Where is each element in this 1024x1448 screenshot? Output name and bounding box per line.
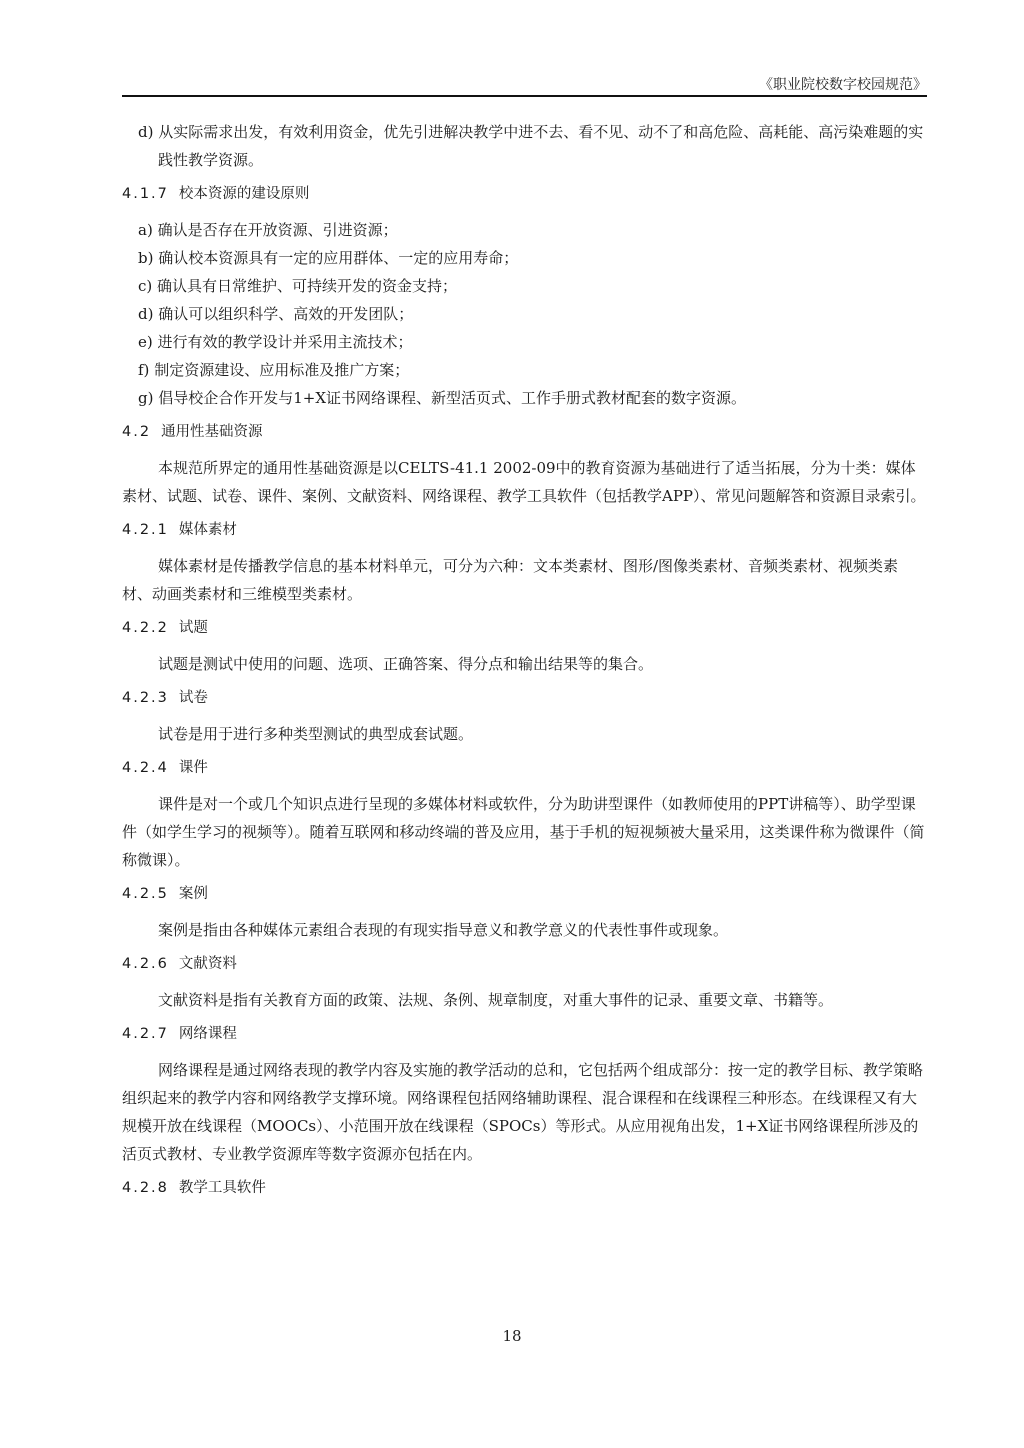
running-header-title: 《职业院校数字校园规范》 [759, 74, 927, 94]
list-item: f) 制定资源建设、应用标准及推广方案； [122, 356, 927, 384]
list-item: a) 确认是否存在开放资源、引进资源； [122, 216, 927, 244]
page-body: d) 从实际需求出发，有效利用资金，优先引进解决教学中进不去、看不见、动不了和高… [122, 118, 927, 1210]
paragraph: 媒体素材是传播教学信息的基本材料单元，可分为六种：文本类素材、图形/图像类素材、… [122, 552, 927, 608]
list-item-text: 倡导校企合作开发与1+X证书网络课程、新型活页式、工作手册式教材配套的数字资源。 [158, 389, 746, 407]
list-item-text: 确认校本资源具有一定的应用群体、一定的应用寿命； [158, 249, 518, 267]
section-number: 4.2.1 [122, 522, 169, 538]
section-number: 4.2 [122, 424, 151, 440]
list-item-label: d) [138, 305, 153, 323]
list-item-text: 制定资源建设、应用标准及推广方案； [154, 361, 409, 379]
paragraph: 课件是对一个或几个知识点进行呈现的多媒体材料或软件，分为助讲型课件（如教师使用的… [122, 790, 927, 874]
list-item-label: d) [138, 123, 153, 141]
paragraph: 网络课程是通过网络表现的教学内容及实施的教学活动的总和，它包括两个组成部分：按一… [122, 1056, 927, 1168]
section-title: 案例 [179, 886, 208, 902]
section-heading-4-2-6: 4.2.6文献资料 [122, 952, 927, 976]
section-heading-4-2-7: 4.2.7网络课程 [122, 1022, 927, 1046]
list-item: d) 从实际需求出发，有效利用资金，优先引进解决教学中进不去、看不见、动不了和高… [122, 118, 927, 174]
section-title: 试题 [179, 620, 208, 636]
page-number: 18 [0, 1327, 1024, 1345]
list-item-text: 从实际需求出发，有效利用资金，优先引进解决教学中进不去、看不见、动不了和高危险、… [158, 123, 923, 169]
list-item-text: 确认是否存在开放资源、引进资源； [158, 221, 398, 239]
section-title: 文献资料 [179, 956, 237, 972]
section-heading-4-1-7: 4.1.7校本资源的建设原则 [122, 182, 927, 206]
list-item-label: f) [138, 361, 149, 379]
section-title: 媒体素材 [179, 522, 237, 538]
list-item-label: c) [138, 277, 152, 295]
list-item-text: 确认具有日常维护、可持续开发的资金支持； [157, 277, 457, 295]
list-item-text: 进行有效的教学设计并采用主流技术； [158, 333, 413, 351]
section-heading-4-2-4: 4.2.4课件 [122, 756, 927, 780]
paragraph: 案例是指由各种媒体元素组合表现的有现实指导意义和教学意义的代表性事件或现象。 [122, 916, 927, 944]
list-item: c) 确认具有日常维护、可持续开发的资金支持； [122, 272, 927, 300]
section-heading-4-2-8: 4.2.8教学工具软件 [122, 1176, 927, 1200]
section-number: 4.2.7 [122, 1026, 169, 1042]
section-number: 4.2.8 [122, 1180, 169, 1196]
section-heading-4-2-3: 4.2.3试卷 [122, 686, 927, 710]
section-number: 4.2.3 [122, 690, 169, 706]
paragraph: 文献资料是指有关教育方面的政策、法规、条例、规章制度，对重大事件的记录、重要文章… [122, 986, 927, 1014]
list-item: e) 进行有效的教学设计并采用主流技术； [122, 328, 927, 356]
section-title: 校本资源的建设原则 [179, 186, 310, 202]
section-heading-4-2-5: 4.2.5案例 [122, 882, 927, 906]
paragraph: 本规范所界定的通用性基础资源是以CELTS-41.1 2002-09中的教育资源… [122, 454, 927, 510]
section-number: 4.2.4 [122, 760, 169, 776]
list-item-label: g) [138, 389, 153, 407]
list-item-label: a) [138, 221, 153, 239]
section-title: 通用性基础资源 [161, 424, 263, 440]
paragraph: 试题是测试中使用的问题、选项、正确答案、得分点和输出结果等的集合。 [122, 650, 927, 678]
list-item: g) 倡导校企合作开发与1+X证书网络课程、新型活页式、工作手册式教材配套的数字… [122, 384, 927, 412]
principles-list: a) 确认是否存在开放资源、引进资源； b) 确认校本资源具有一定的应用群体、一… [122, 216, 927, 412]
section-title: 试卷 [179, 690, 208, 706]
list-item-label: b) [138, 249, 153, 267]
section-heading-4-2-1: 4.2.1媒体素材 [122, 518, 927, 542]
section-number: 4.1.7 [122, 186, 169, 202]
section-number: 4.2.2 [122, 620, 169, 636]
section-title: 网络课程 [179, 1026, 237, 1042]
section-title: 课件 [179, 760, 208, 776]
section-number: 4.2.5 [122, 886, 169, 902]
list-item-text: 确认可以组织科学、高效的开发团队； [158, 305, 413, 323]
section-heading-4-2-2: 4.2.2试题 [122, 616, 927, 640]
list-item: b) 确认校本资源具有一定的应用群体、一定的应用寿命； [122, 244, 927, 272]
list-item: d) 确认可以组织科学、高效的开发团队； [122, 300, 927, 328]
section-number: 4.2.6 [122, 956, 169, 972]
section-title: 教学工具软件 [179, 1180, 266, 1196]
paragraph: 试卷是用于进行多种类型测试的典型成套试题。 [122, 720, 927, 748]
list-item-label: e) [138, 333, 153, 351]
header-rule [122, 95, 927, 97]
section-heading-4-2: 4.2通用性基础资源 [122, 420, 927, 444]
